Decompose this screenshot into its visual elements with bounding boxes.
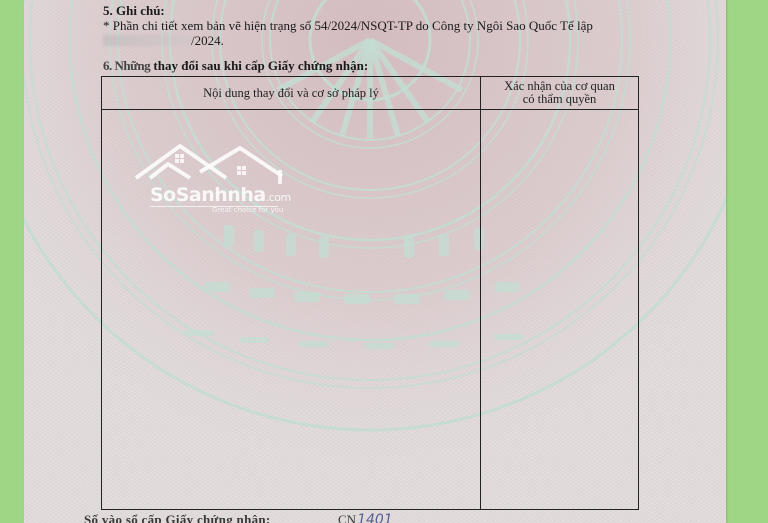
changes-title: 6. Những thay đổi sau khi cấp Giấy chứng…: [103, 58, 368, 74]
changes-title-text: thay đổi sau khi cấp Giấy chứng nhận:: [150, 58, 368, 73]
header-authority-line-2: có thẩm quyền: [504, 93, 615, 106]
note-year: /2024.: [191, 33, 224, 48]
authority-confirmation-cell: [481, 110, 638, 509]
certificate-page: 5. Ghi chú: * Phần chi tiết xem bản vẽ h…: [24, 0, 726, 523]
changes-table: Nội dung thay đổi và cơ sở pháp lý Xác n…: [101, 76, 639, 510]
certificate-number: CN1401: [338, 512, 393, 523]
note-line-1: * Phần chi tiết xem bản vẽ hiện trạng số…: [103, 18, 593, 34]
note-line-2: /2024.: [103, 33, 224, 49]
content-changes-cell: [102, 110, 480, 509]
changes-title-prefix: 6. Những: [103, 58, 150, 73]
certificate-number-label: Số vào sổ cấp Giấy chứng nhận:: [84, 512, 271, 523]
header-authority-confirmation: Xác nhận của cơ quan có thẩm quyền: [481, 77, 638, 109]
redacted-date: [103, 35, 191, 46]
handwritten-number: 1401: [357, 512, 393, 523]
certificate-number-line: Số vào sổ cấp Giấy chứng nhận: CN1401: [84, 512, 271, 523]
header-content-changes: Nội dung thay đổi và cơ sở pháp lý: [102, 77, 480, 109]
section-title: 5. Ghi chú:: [103, 3, 165, 19]
